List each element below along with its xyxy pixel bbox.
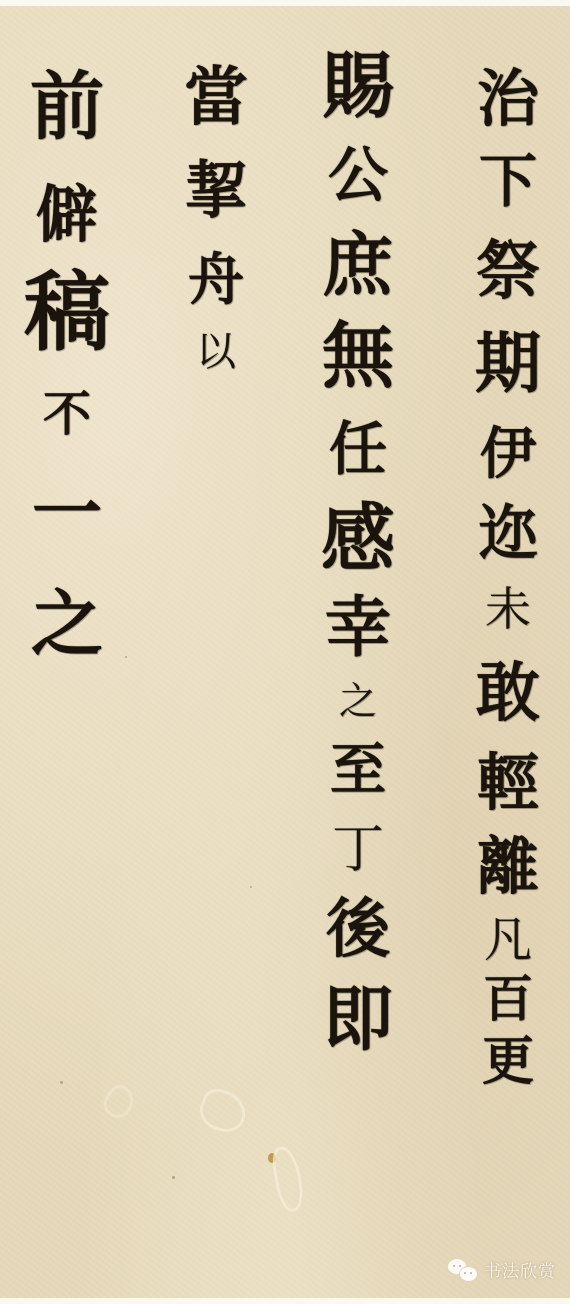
calligraphy-char: 即: [323, 984, 393, 1054]
calligraphy-column-4: 前 僻 稿 不 一 之: [12, 70, 122, 660]
watermark: 书法欣赏: [448, 1257, 556, 1282]
calligraphy-char: 無: [322, 320, 394, 392]
calligraphy-char: 庶: [323, 230, 393, 300]
calligraphy-char: 當: [184, 66, 248, 130]
paper-speck: [250, 886, 252, 888]
calligraphy-char: 不: [43, 390, 91, 438]
wechat-icon: [448, 1259, 478, 1281]
calligraphy-char: 百: [483, 974, 533, 1024]
calligraphy-char: 以: [196, 332, 236, 372]
calligraphy-column-2: 賜 公 庶 無 任 感 幸 之 至 丁 後 即: [306, 50, 410, 1054]
calligraphy-char: 任: [329, 420, 387, 478]
calligraphy-char: 公: [328, 146, 388, 206]
calligraphy-char: 迩: [478, 504, 538, 564]
calligraphy-char: 挈: [185, 160, 247, 222]
calligraphy-char: 離: [477, 836, 539, 898]
calligraphy-char: 下: [479, 152, 537, 210]
paper-speck: [172, 1176, 175, 1179]
calligraphy-char: 治: [477, 68, 539, 130]
watermark-text: 书法欣赏: [484, 1257, 556, 1282]
calligraphy-char: 舟: [188, 252, 244, 308]
calligraphy-char: 僻: [36, 184, 98, 246]
calligraphy-char: 未: [485, 586, 531, 632]
calligraphy-char: 凡: [484, 916, 532, 964]
calligraphy-char: 後: [326, 898, 390, 962]
calligraphy-char: 至: [330, 742, 386, 798]
calligraphy-char: 一: [32, 478, 102, 548]
calligraphy-char: 敢: [476, 662, 540, 726]
calligraphy-char: 感: [321, 502, 395, 576]
calligraphy-char: 幸: [325, 594, 391, 660]
calligraphy-char: 賜: [322, 50, 394, 122]
paper-wormhole: [269, 1144, 306, 1214]
calligraphy-char: 之: [339, 682, 377, 720]
paper-wormhole: [98, 1081, 139, 1123]
calligraphy-char: 輕: [477, 752, 539, 814]
paper-speck: [125, 656, 127, 658]
paper-speck: [60, 1081, 63, 1084]
calligraphy-char: 稿: [24, 270, 110, 356]
calligraphy-char: 前: [30, 70, 104, 144]
calligraphy-char: 丁: [332, 824, 384, 876]
calligraphy-char: 期: [475, 330, 541, 396]
calligraphy-char: 祭: [476, 240, 540, 304]
calligraphy-column-3: 當 挈 舟 以: [168, 66, 264, 372]
calligraphy-char: 之: [31, 588, 103, 660]
calligraphy-scroll: 治 下 祭 期 伊 迩 未 敢 輕 離 凡 百 更 賜 公 庶 無 任 感 幸 …: [0, 6, 570, 1298]
calligraphy-column-1: 治 下 祭 期 伊 迩 未 敢 輕 離 凡 百 更: [462, 68, 554, 1088]
calligraphy-char: 伊: [480, 426, 536, 482]
paper-wormhole: [195, 1084, 252, 1137]
calligraphy-char: 更: [482, 1036, 534, 1088]
